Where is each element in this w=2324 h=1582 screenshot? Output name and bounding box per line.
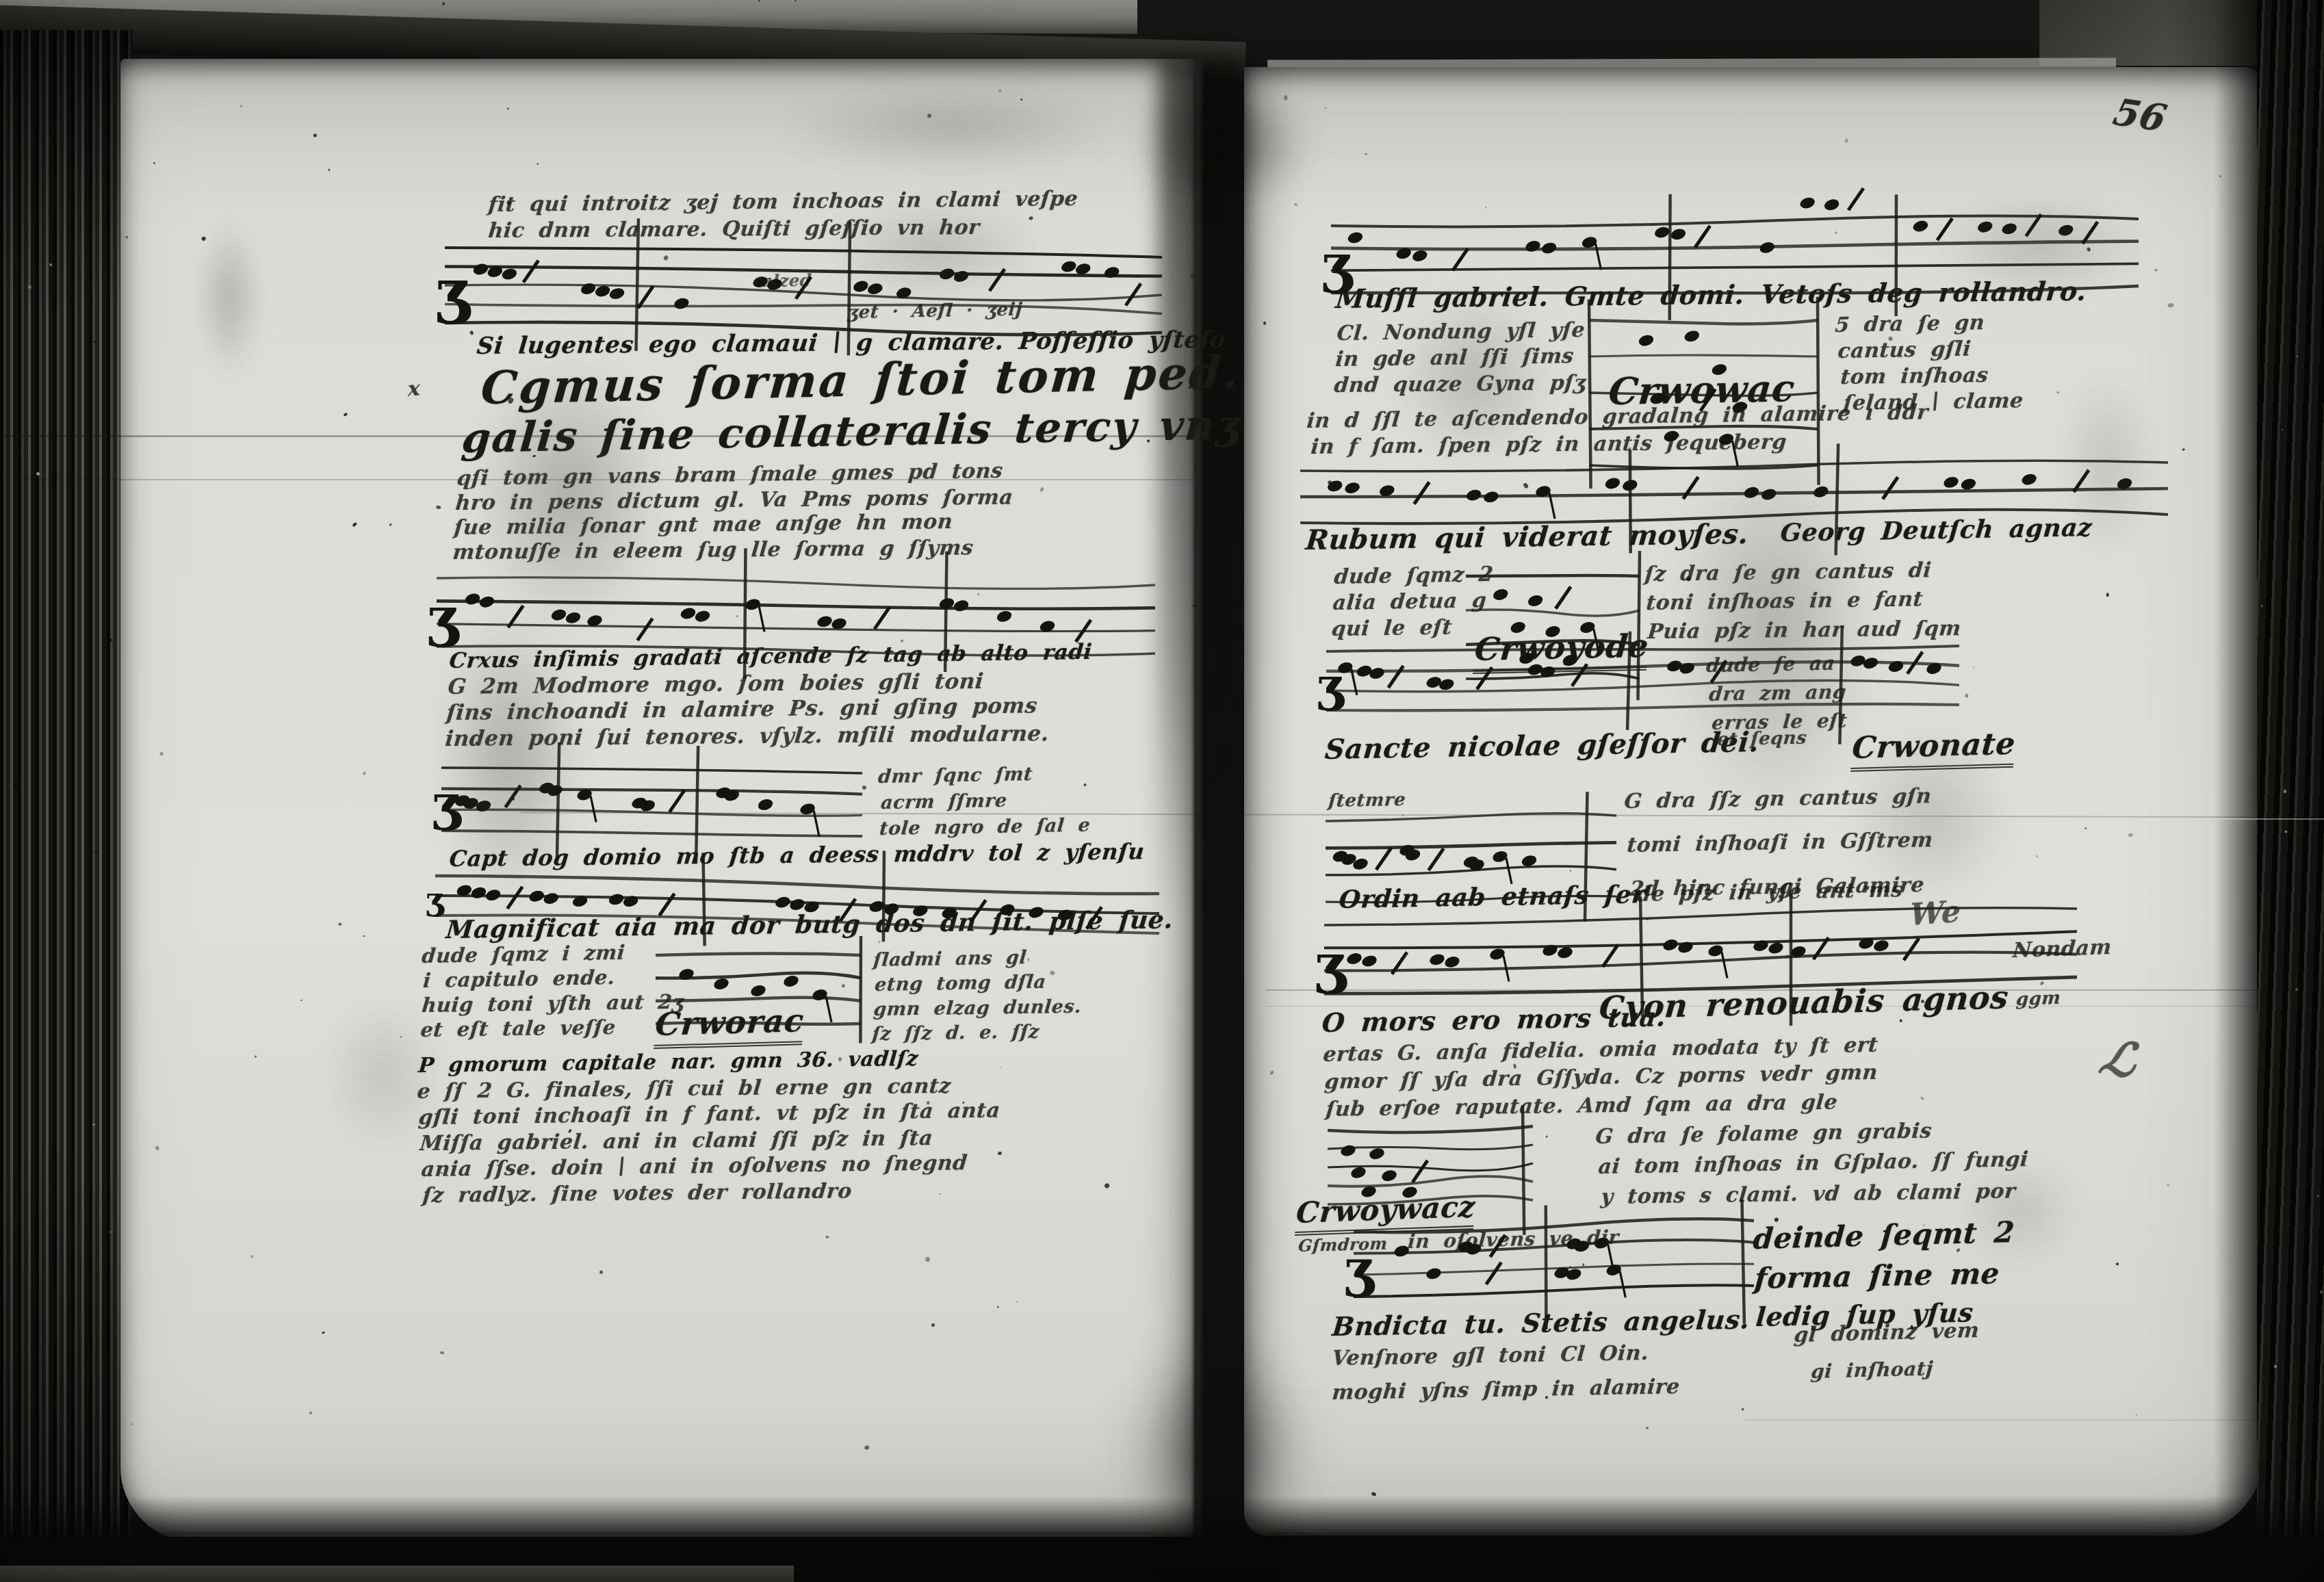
dust-speck bbox=[997, 1151, 1001, 1155]
dust-speck bbox=[160, 752, 164, 755]
text-line: gl dominz vem bbox=[1793, 1319, 1980, 1347]
side-column-line: tole ngro de ſal e bbox=[879, 815, 1092, 840]
dust-speck-light bbox=[49, 263, 52, 266]
column-line: in gde anl ſſi ſims bbox=[1334, 344, 1575, 372]
manuscript-photo: x fit qui introitz ʒej tom inchoas in cl… bbox=[0, 0, 2324, 1582]
clef-icon: ʒ bbox=[432, 783, 461, 824]
dust-speck-light bbox=[2295, 988, 2298, 991]
dust-speck bbox=[1485, 206, 1487, 208]
film-scratch bbox=[109, 1533, 2286, 1534]
film-scratch bbox=[2217, 818, 2324, 820]
clef-icon: ʒ bbox=[427, 595, 458, 639]
dust-speck bbox=[1189, 273, 1195, 279]
column-line: toni inſhoas in e fant bbox=[1645, 587, 1924, 615]
dust-speck bbox=[1889, 336, 1893, 340]
dust-speck-light bbox=[28, 285, 31, 288]
dust-speck-light bbox=[92, 1124, 94, 1126]
dust-speck-light bbox=[2274, 1365, 2277, 1368]
dust-speck-light bbox=[2317, 1195, 2319, 1197]
text-line: x bbox=[408, 376, 420, 402]
book-right-edge bbox=[2257, 0, 2324, 1582]
film-scratch bbox=[1745, 1420, 2324, 1421]
dust-speck bbox=[440, 1351, 445, 1355]
rubric-line: forma ſine me bbox=[1753, 1256, 2001, 1295]
text-line: ſz radlyz. ſine votes der rollandro bbox=[422, 1179, 853, 1208]
column-line: dnd quaze Gyna pſʒ bbox=[1333, 371, 1587, 398]
dust-speck bbox=[2167, 1184, 2169, 1186]
column-line: et eſt tale veſſe bbox=[419, 1015, 617, 1041]
dust-speck bbox=[1227, 1551, 1232, 1555]
folio-number: 56 bbox=[2109, 90, 2171, 140]
text-line: gi inſhoatj bbox=[1810, 1357, 1934, 1383]
clef-icon: ʒ bbox=[1321, 243, 1352, 286]
column-line: huig toni yſth aut 2ʒ bbox=[421, 990, 685, 1017]
dust-speck-light bbox=[2284, 790, 2287, 793]
dust-speck bbox=[1785, 955, 1789, 958]
dust-speck-light bbox=[2285, 831, 2287, 833]
clef-icon: ʒ bbox=[1317, 666, 1343, 704]
dust-speck bbox=[1646, 1427, 1649, 1429]
fore-edge-shading bbox=[0, 30, 133, 1582]
music-staff bbox=[1317, 891, 2084, 1035]
music-staff bbox=[438, 213, 1169, 364]
dust-speck bbox=[255, 1056, 257, 1058]
dust-speck bbox=[1844, 138, 1848, 143]
dust-speck bbox=[47, 14, 50, 18]
dust-speck bbox=[300, 999, 302, 1001]
column-line: gmn elzag dunles. bbox=[873, 996, 1082, 1020]
side-column-line: dmr ſqnc ſmt bbox=[877, 764, 1033, 788]
music-staff bbox=[1293, 437, 2175, 564]
dust-speck bbox=[825, 1236, 829, 1239]
music-staff bbox=[649, 921, 868, 1065]
dust-speck bbox=[838, 1057, 842, 1061]
dust-speck bbox=[841, 984, 844, 987]
dust-speck bbox=[75, 884, 76, 885]
rubric-line: deinde ſeqmt 2 bbox=[1752, 1215, 2016, 1256]
dust-speck bbox=[977, 593, 979, 596]
column-line: ſz ſſz d. e. ſſz bbox=[871, 1022, 1040, 1045]
gutter-line bbox=[1193, 59, 1202, 1541]
dust-speck bbox=[1211, 1197, 1217, 1202]
music-staff bbox=[1319, 617, 1966, 751]
column-line: etng tomg dſla bbox=[874, 972, 1047, 996]
clef-icon: ʒ bbox=[1315, 942, 1345, 986]
table-edge bbox=[0, 1566, 794, 1582]
clef-icon: ʒ bbox=[1344, 1248, 1373, 1290]
dust-speck bbox=[712, 658, 715, 661]
music-staff bbox=[1347, 1197, 1761, 1338]
clef-icon: ʒ bbox=[426, 886, 443, 911]
music-staff bbox=[430, 544, 1162, 688]
column-line: i capitulo ende. bbox=[422, 965, 616, 992]
column-line: cantus gſli bbox=[1837, 337, 1972, 363]
dust-speck-light bbox=[2282, 429, 2283, 430]
side-column-line: acrm ſſmre bbox=[880, 790, 1008, 814]
clef-icon: ʒ bbox=[435, 267, 469, 315]
column-line: tom inſhoas bbox=[1839, 363, 1989, 389]
